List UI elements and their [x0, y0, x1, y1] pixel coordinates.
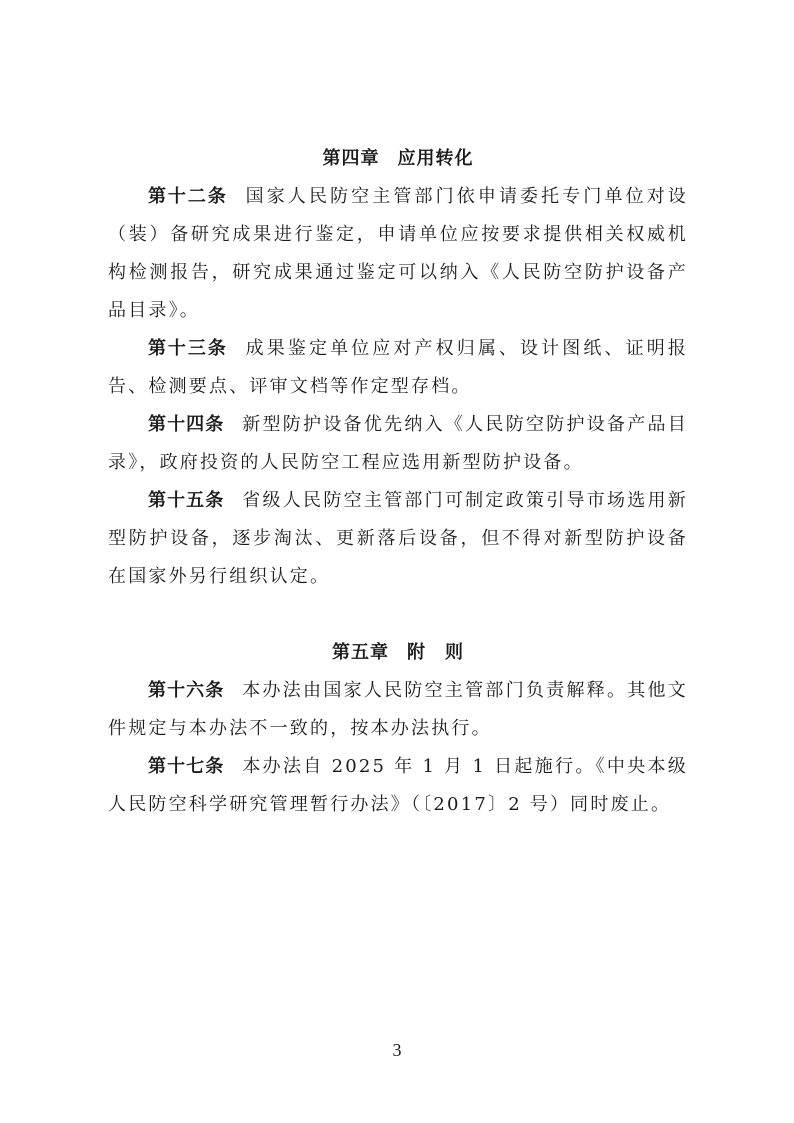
article-heading: 第十二条 — [148, 186, 228, 207]
article-17: 第十七条本办法自 2025 年 1 月 1 日起施行。《中央本级人民防空科学研究… — [108, 748, 688, 824]
chapter-number: 第四章 — [323, 148, 380, 169]
chapter-title: 附 则 — [407, 642, 464, 663]
page-number: 3 — [0, 1040, 794, 1061]
article-14: 第十四条新型防护设备优先纳入《人民防空防护设备产品目录》，政府投资的人民防空工程… — [108, 406, 688, 482]
document-page: 第四章应用转化 第十二条国家人民防空主管部门依申请委托专门单位对设（装）备研究成… — [108, 140, 688, 824]
article-heading: 第十五条 — [148, 490, 224, 511]
article-heading: 第十三条 — [148, 338, 228, 359]
article-heading: 第十七条 — [148, 756, 224, 777]
article-12: 第十二条国家人民防空主管部门依申请委托专门单位对设（装）备研究成果进行鉴定，申请… — [108, 178, 688, 330]
section-spacer — [108, 596, 688, 634]
chapter-heading-4: 第四章应用转化 — [108, 140, 688, 178]
article-heading: 第十六条 — [148, 680, 224, 701]
chapter-title: 应用转化 — [398, 148, 474, 169]
article-16: 第十六条本办法由国家人民防空主管部门负责解释。其他文件规定与本办法不一致的，按本… — [108, 672, 688, 748]
chapter-number: 第五章 — [332, 642, 389, 663]
article-13: 第十三条成果鉴定单位应对产权归属、设计图纸、证明报告、检测要点、评审文档等作定型… — [108, 330, 688, 406]
article-heading: 第十四条 — [148, 414, 224, 435]
article-15: 第十五条省级人民防空主管部门可制定政策引导市场选用新型防护设备，逐步淘汰、更新落… — [108, 482, 688, 596]
chapter-heading-5: 第五章附 则 — [108, 634, 688, 672]
